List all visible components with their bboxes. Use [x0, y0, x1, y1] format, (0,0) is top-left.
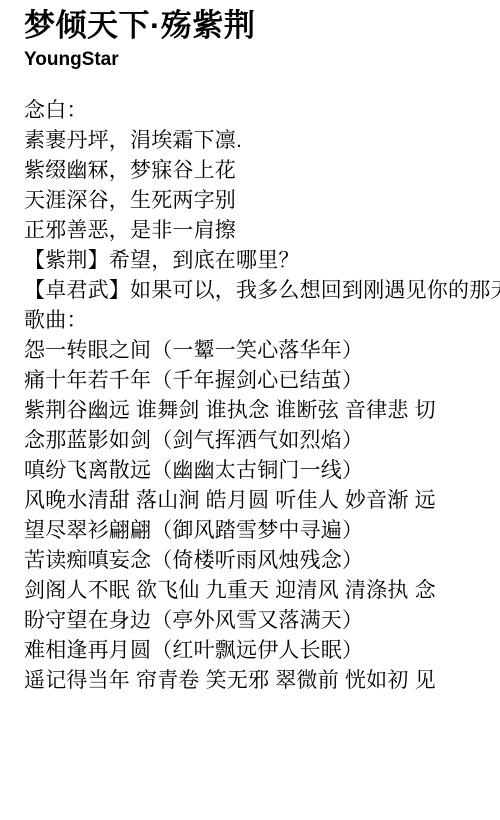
lyric-line: 痛十年若千年（千年握剑心已结茧）	[24, 366, 500, 396]
lyric-line: 歌曲：	[24, 306, 500, 336]
lyric-line: 天涯深谷，生死两字别	[24, 186, 500, 216]
lyric-line: 难相逢再月圆（红叶飘远伊人长眠）	[24, 636, 500, 666]
lyric-line: 风晚水清甜 落山涧 皓月圆 听佳人 妙音渐 远	[24, 486, 500, 516]
lyric-line: 念白：	[24, 96, 500, 126]
lyric-line: 正邪善恶，是非一肩擦	[24, 216, 500, 246]
lyric-line: 望尽翠衫翩翩（御风踏雪梦中寻遍）	[24, 516, 500, 546]
lyric-line: 盼守望在身边（亭外风雪又落满天）	[24, 606, 500, 636]
lyric-line: 怨一转眼之间（一颦一笑心落华年）	[24, 336, 500, 366]
lyric-line: 嗔纷飞离散远（幽幽太古铜门一线）	[24, 456, 500, 486]
lyric-line: 紫缀幽冧，梦寐谷上花	[24, 156, 500, 186]
lyric-line: 念那蓝影如剑（剑气挥洒气如烈焰）	[24, 426, 500, 456]
lyric-line: 苦读痴嗔妄念（倚楼听雨风烛残念）	[24, 546, 500, 576]
lyrics-page: 梦倾天下·殇紫荆 YoungStar 念白：素裹丹坪，涓埃霜下凛.紫缀幽冧，梦寐…	[0, 0, 500, 696]
lyric-line: 剑阁人不眠 欲飞仙 九重天 迎清风 清涤执 念	[24, 576, 500, 606]
page-title: 梦倾天下·殇紫荆	[24, 8, 500, 44]
lyric-line: 遥记得当年 帘青卷 笑无邪 翠微前 恍如初 见	[24, 666, 500, 696]
lyrics-container: 念白：素裹丹坪，涓埃霜下凛.紫缀幽冧，梦寐谷上花天涯深谷，生死两字别正邪善恶，是…	[24, 96, 500, 696]
lyric-line: 【卓君武】如果可以，我多么想回到刚遇见你的那天，	[24, 276, 500, 306]
lyric-line: 紫荆谷幽远 谁舞剑 谁执念 谁断弦 音律悲 切	[24, 396, 500, 426]
lyric-line: 素裹丹坪，涓埃霜下凛.	[24, 126, 500, 156]
artist-name: YoungStar	[24, 48, 500, 72]
lyric-line: 【紫荆】希望，到底在哪里？	[24, 246, 500, 276]
